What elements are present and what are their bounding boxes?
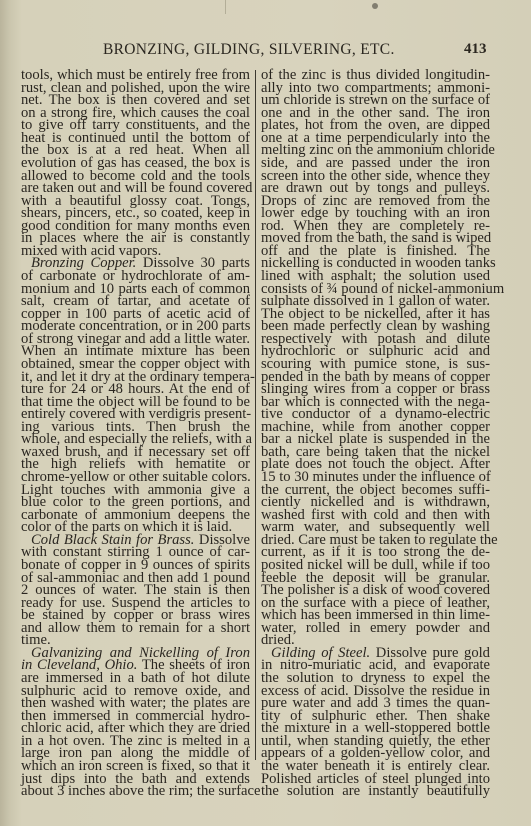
left-column: tools, which must be entirely free fromr… — [21, 69, 250, 798]
right-column: of the zinc is thus divided longitudin-a… — [261, 69, 490, 798]
ink-speck — [372, 3, 378, 9]
running-title: BRONZING, GILDING, SILVERING, ETC. — [103, 41, 395, 59]
show-through-mark — [225, 0, 226, 14]
page-number: 413 — [464, 41, 487, 58]
line-text: the solution are instantly beautifully — [261, 783, 490, 799]
text-line: and allow them to remain for a short — [21, 622, 250, 635]
book-page: BRONZING, GILDING, SILVERING, ETC. 413 t… — [0, 0, 531, 826]
column-rule — [255, 70, 256, 760]
text-line: water, rolled in emery powder and — [261, 622, 490, 635]
line-text: water, rolled in emery powder and — [261, 620, 490, 636]
line-text: and allow them to remain for a short — [21, 620, 250, 636]
text-line: about 3 inches above the rim; the surfac… — [21, 785, 250, 798]
text-line: the solution are instantly beautifully — [261, 785, 490, 798]
running-head: BRONZING, GILDING, SILVERING, ETC. 413 — [0, 41, 531, 61]
line-text: about 3 inches above the rim; the surfac… — [21, 783, 261, 799]
